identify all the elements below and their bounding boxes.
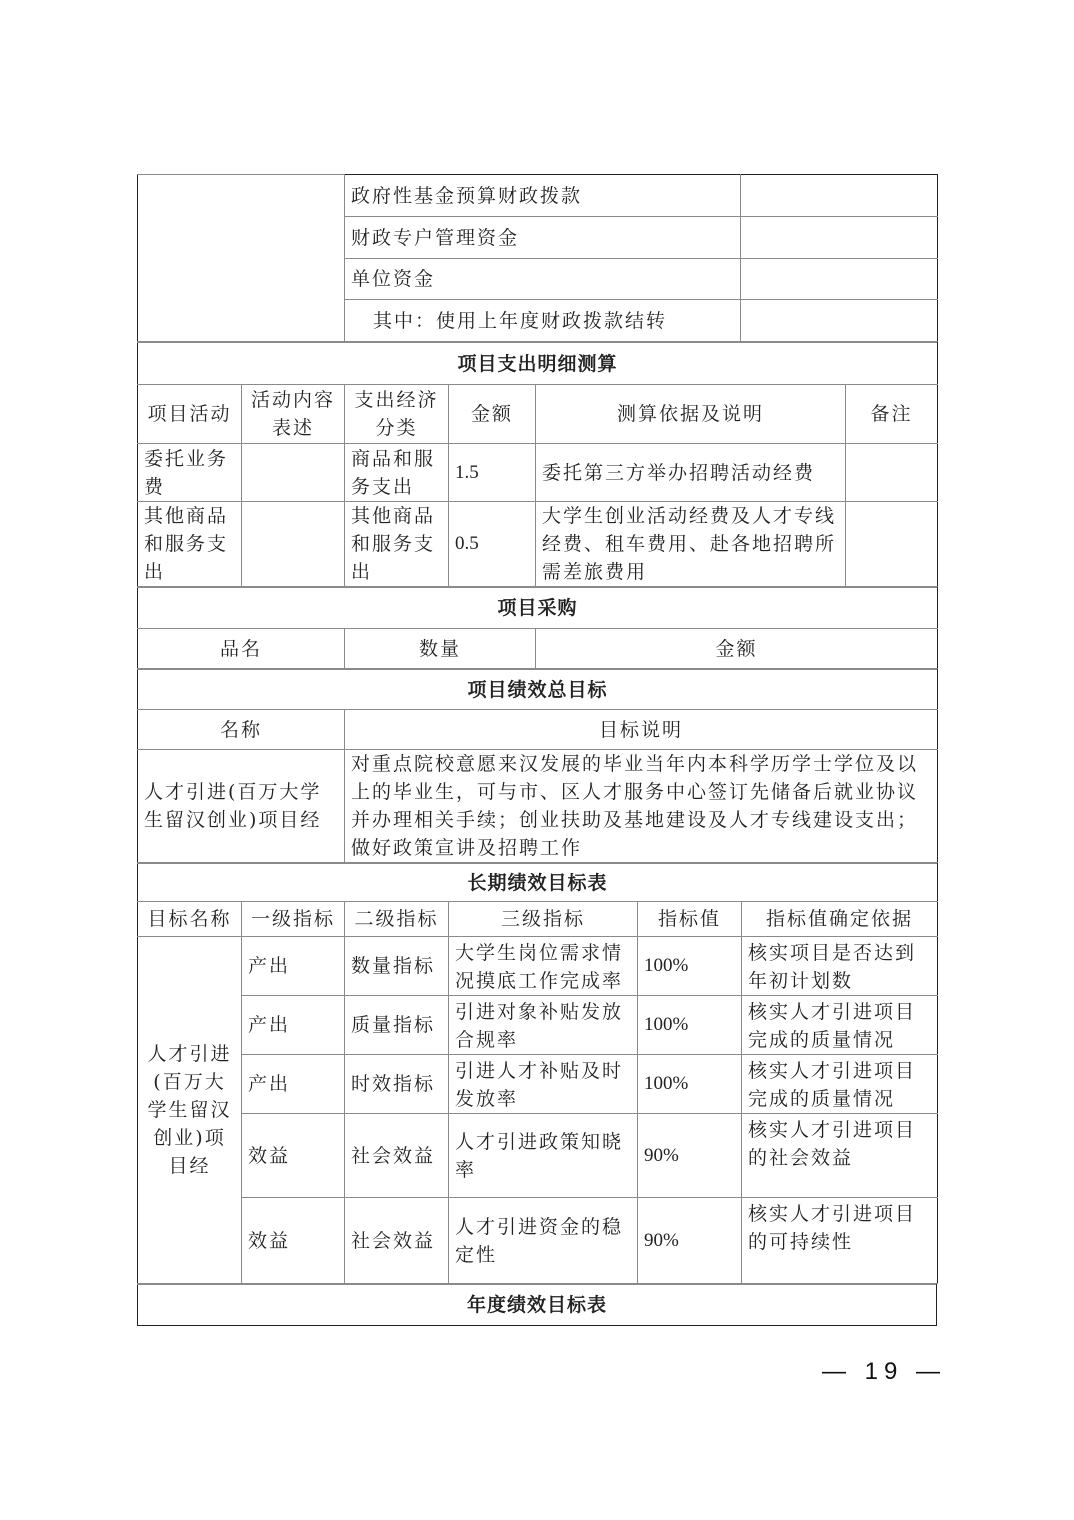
basis-cell: 核实人才引进项目的可持续性 (742, 1198, 938, 1284)
basis-cell: 大学生创业活动经费及人才专线经费、租车费用、赴各地招聘所需差旅费用 (536, 502, 846, 587)
level2-cell: 时效指标 (345, 1055, 449, 1114)
column-header: 指标值 (638, 902, 742, 937)
activity-cell: 委托业务费 (138, 444, 242, 502)
basis-cell: 核实人才引进项目完成的质量情况 (742, 996, 938, 1055)
level1-cell: 产出 (242, 996, 345, 1055)
funding-blank-cell (138, 175, 345, 342)
level3-cell: 引进人才补贴及时发放率 (449, 1055, 638, 1114)
amount-cell: 1.5 (449, 444, 536, 502)
goal-description-cell: 对重点院校意愿来汉发展的毕业当年内本科学历学士学位及以上的毕业生，可与市、区人才… (345, 750, 938, 863)
value-cell: 100% (638, 996, 742, 1055)
column-header: 一级指标 (242, 902, 345, 937)
section-title-procurement: 项目采购 (138, 588, 938, 629)
column-header: 三级指标 (449, 902, 638, 937)
section-title-overall-goal: 项目绩效总目标 (138, 670, 938, 710)
value-cell: 90% (638, 1114, 742, 1198)
funding-label: 政府性基金预算财政拨款 (345, 175, 741, 217)
funding-label: 单位资金 (345, 259, 741, 300)
description-cell (242, 502, 345, 587)
level1-cell: 产出 (242, 1055, 345, 1114)
section-title-annual: 年度绩效目标表 (138, 1285, 937, 1326)
column-header: 测算依据及说明 (536, 385, 846, 444)
table-row: 效益 社会效益 人才引进资金的稳定性 90% 核实人才引进项目的可持续性 (138, 1198, 938, 1284)
funding-label: 财政专户管理资金 (345, 217, 741, 259)
column-header: 指标值确定依据 (742, 902, 938, 937)
amount-cell: 0.5 (449, 502, 536, 587)
level2-cell: 质量指标 (345, 996, 449, 1055)
table-row: 人才引进(百万大学生留汉创业)项目经 产出 数量指标 大学生岗位需求情况摸底工作… (138, 937, 938, 996)
basis-cell: 核实人才引进项目完成的质量情况 (742, 1055, 938, 1114)
category-cell: 商品和服务支出 (345, 444, 449, 502)
category-cell: 其他商品和服务支出 (345, 502, 449, 587)
level3-cell: 人才引进资金的稳定性 (449, 1198, 638, 1284)
level3-cell: 人才引进政策知晓率 (449, 1114, 638, 1198)
table-row: 产出 时效指标 引进人才补贴及时发放率 100% 核实人才引进项目完成的质量情况 (138, 1055, 938, 1114)
level2-cell: 数量指标 (345, 937, 449, 996)
level3-cell: 大学生岗位需求情况摸底工作完成率 (449, 937, 638, 996)
value-cell: 90% (638, 1198, 742, 1284)
funding-sources-table: 政府性基金预算财政拨款 财政专户管理资金 单位资金 其中：使用上年度财政拨款结转 (137, 174, 938, 342)
column-header: 支出经济分类 (345, 385, 449, 444)
level2-cell: 社会效益 (345, 1114, 449, 1198)
column-header: 金额 (536, 629, 938, 669)
column-header: 目标名称 (138, 902, 242, 937)
page-number: — 19 — (822, 1358, 946, 1386)
table-row: 其他商品和服务支出 其他商品和服务支出 0.5 大学生创业活动经费及人才专线经费… (138, 502, 938, 587)
funding-value (741, 217, 938, 259)
section-title-long-term: 长期绩效目标表 (138, 864, 938, 902)
value-cell: 100% (638, 937, 742, 996)
level3-cell: 引进对象补贴发放合规率 (449, 996, 638, 1055)
description-cell (242, 444, 345, 502)
goal-name-cell: 人才引进(百万大学生留汉创业)项目经 (138, 937, 242, 1284)
column-header: 项目活动 (138, 385, 242, 444)
funding-value (741, 259, 938, 300)
annual-goals-table: 年度绩效目标表 (137, 1284, 937, 1326)
funding-label: 其中：使用上年度财政拨款结转 (345, 300, 741, 342)
budget-table: 政府性基金预算财政拨款 财政专户管理资金 单位资金 其中：使用上年度财政拨款结转… (137, 174, 937, 1326)
column-header: 数量 (345, 629, 536, 669)
column-header: 二级指标 (345, 902, 449, 937)
column-header: 目标说明 (345, 710, 938, 750)
activity-cell: 其他商品和服务支出 (138, 502, 242, 587)
column-header: 名称 (138, 710, 345, 750)
expense-detail-table: 项目支出明细测算 项目活动 活动内容表述 支出经济分类 金额 测算依据及说明 备… (137, 342, 938, 587)
long-term-goals-table: 长期绩效目标表 目标名称 一级指标 二级指标 三级指标 指标值 指标值确定依据 … (137, 863, 938, 1284)
funding-value (741, 175, 938, 217)
goal-name-cell: 人才引进(百万大学生留汉创业)项目经 (138, 750, 345, 863)
column-header: 备注 (846, 385, 938, 444)
basis-cell: 委托第三方举办招聘活动经费 (536, 444, 846, 502)
value-cell: 100% (638, 1055, 742, 1114)
level1-cell: 效益 (242, 1198, 345, 1284)
table-row: 委托业务费 商品和服务支出 1.5 委托第三方举办招聘活动经费 (138, 444, 938, 502)
overall-goal-table: 项目绩效总目标 名称 目标说明 人才引进(百万大学生留汉创业)项目经 对重点院校… (137, 669, 938, 863)
column-header: 品名 (138, 629, 345, 669)
section-title-expense: 项目支出明细测算 (138, 343, 938, 385)
level1-cell: 产出 (242, 937, 345, 996)
basis-cell: 核实人才引进项目的社会效益 (742, 1114, 938, 1198)
level1-cell: 效益 (242, 1114, 345, 1198)
table-row: 产出 质量指标 引进对象补贴发放合规率 100% 核实人才引进项目完成的质量情况 (138, 996, 938, 1055)
note-cell (846, 444, 938, 502)
note-cell (846, 502, 938, 587)
funding-value (741, 300, 938, 342)
procurement-table: 项目采购 品名 数量 金额 (137, 587, 938, 669)
table-row: 效益 社会效益 人才引进政策知晓率 90% 核实人才引进项目的社会效益 (138, 1114, 938, 1198)
basis-cell: 核实项目是否达到年初计划数 (742, 937, 938, 996)
column-header: 金额 (449, 385, 536, 444)
column-header: 活动内容表述 (242, 385, 345, 444)
level2-cell: 社会效益 (345, 1198, 449, 1284)
